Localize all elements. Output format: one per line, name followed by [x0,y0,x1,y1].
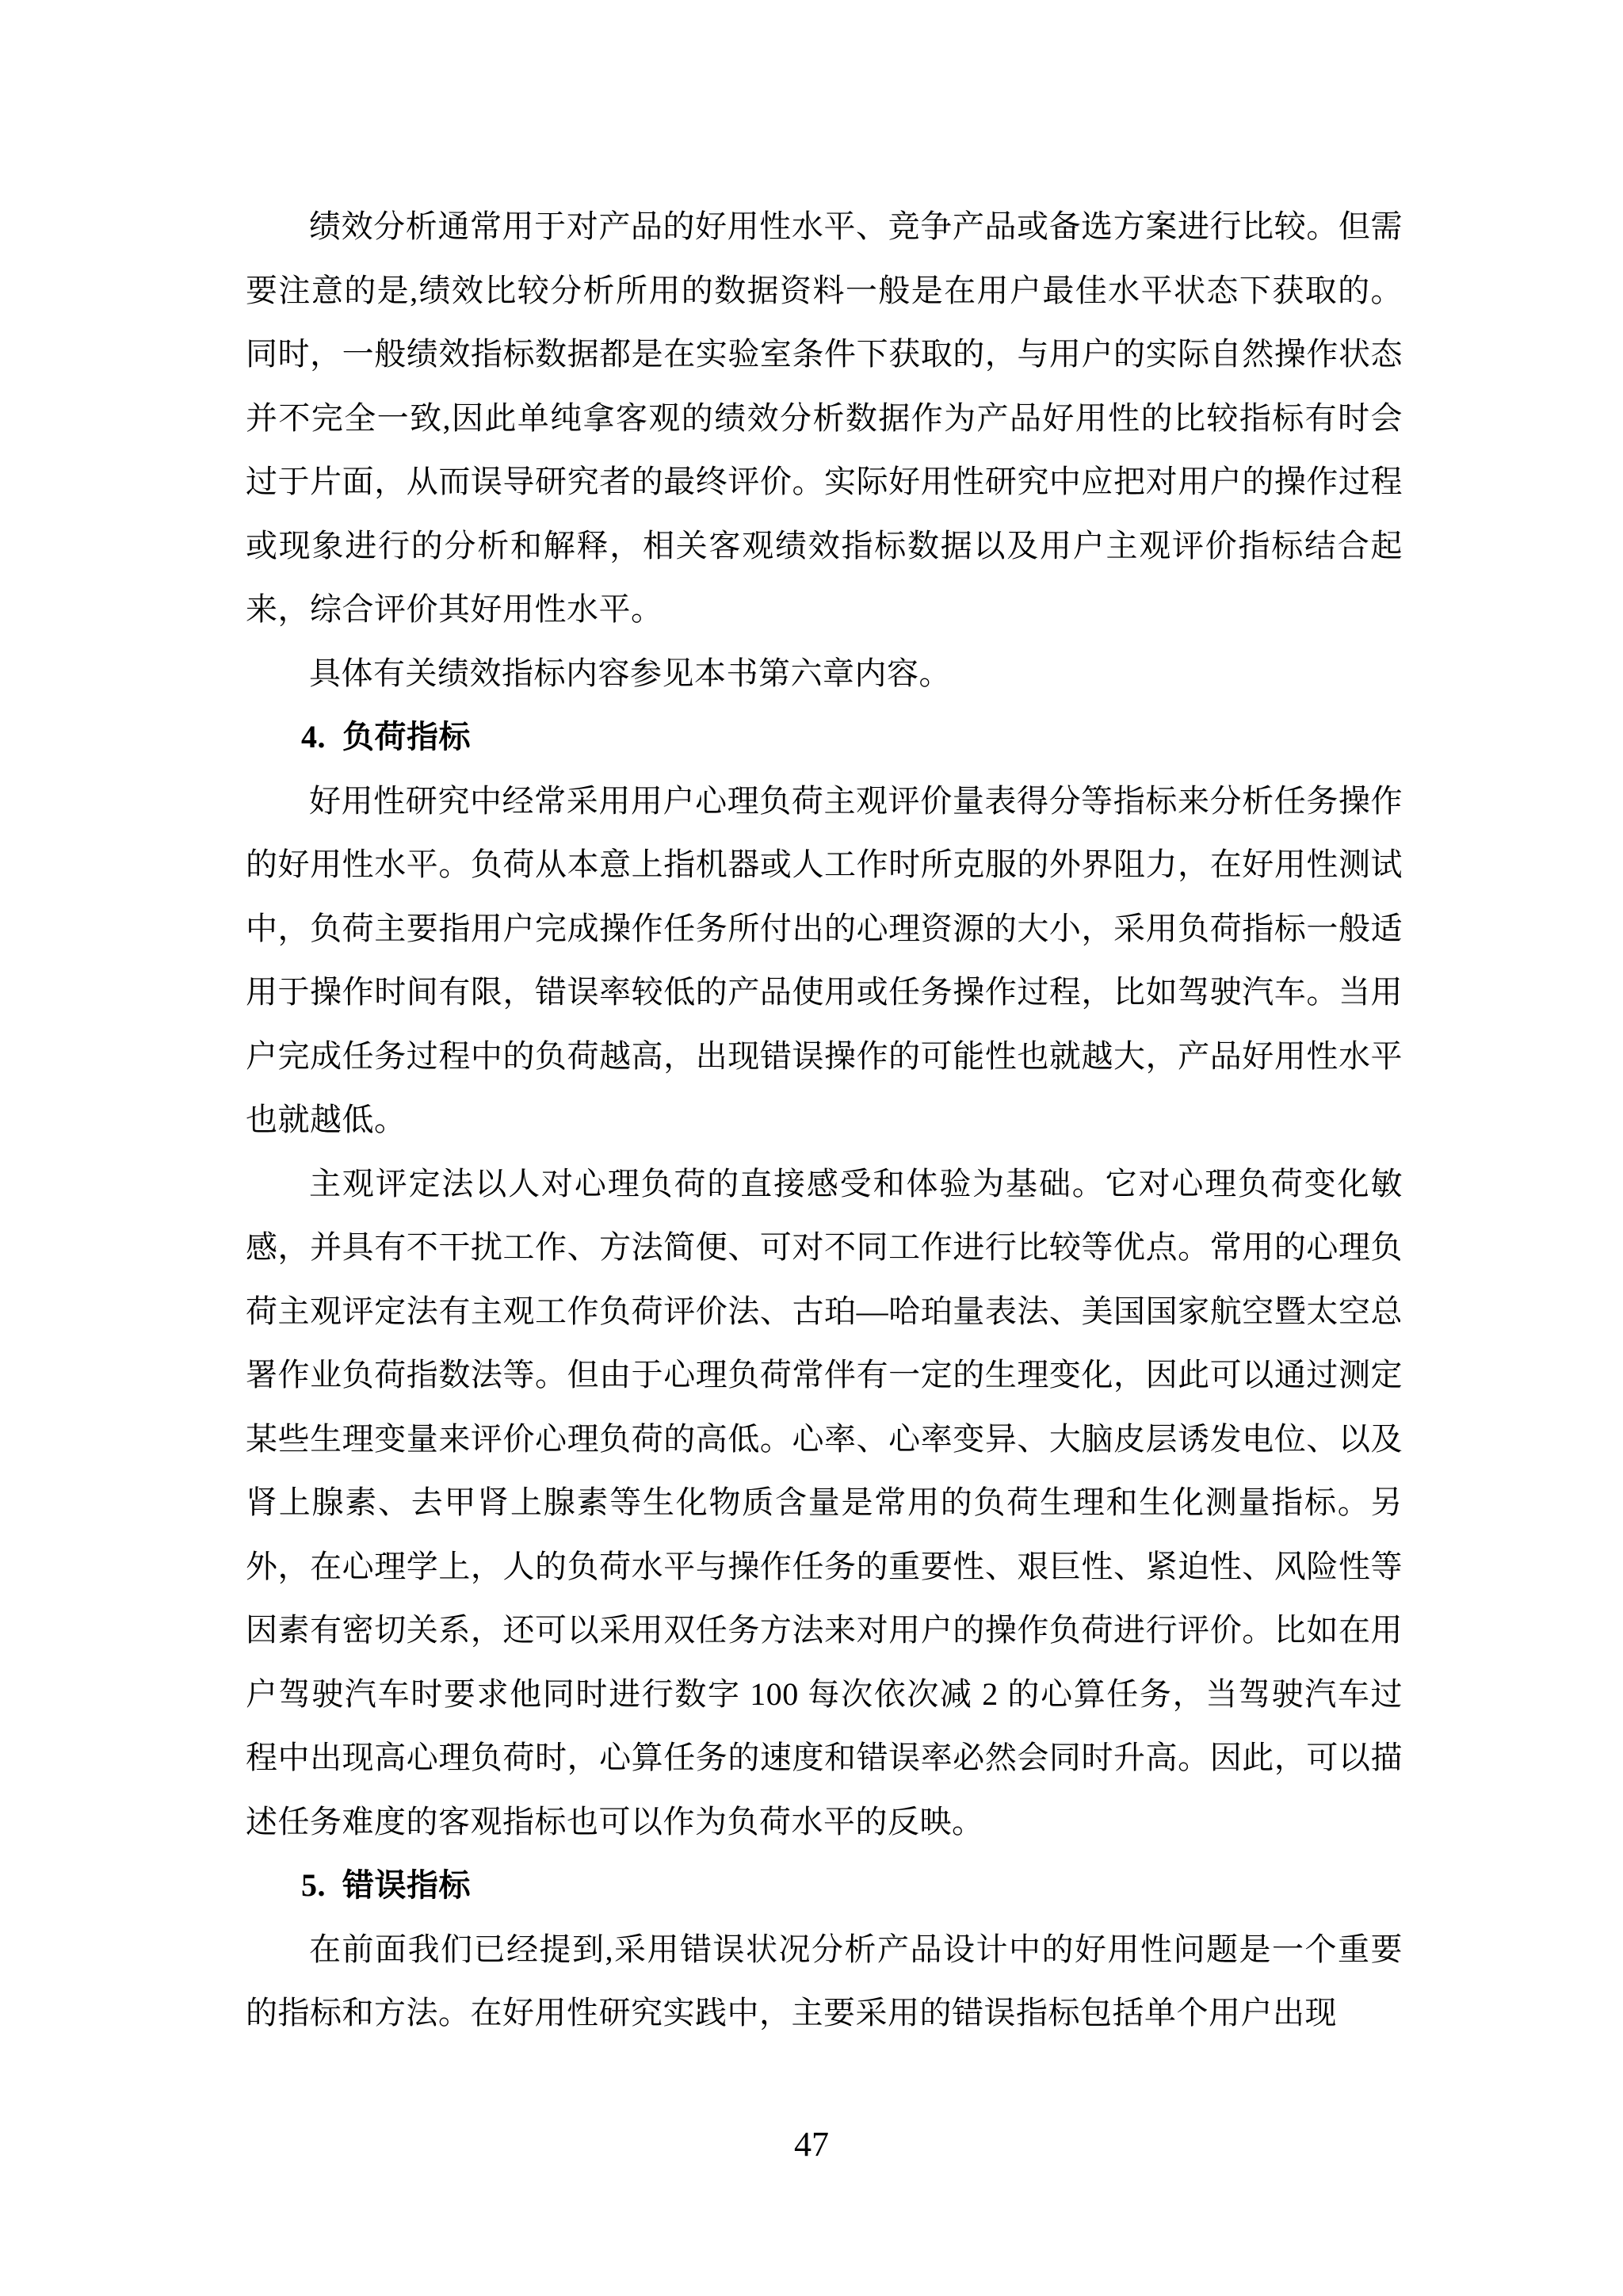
page-number: 47 [0,2126,1623,2164]
paragraph-subjective-rating-methods: 主观评定法以人对心理负荷的直接感受和体验为基础。它对心理负荷变化敏感，并具有不干… [246,1152,1403,1855]
section-heading-4-workload-metrics: 4. 负荷指标 [246,705,1403,770]
text-content: 绩效分析通常用于对产品的好用性水平、竞争产品或备选方案进行比较。但需要注意的是,… [246,195,1403,2046]
document-page: 绩效分析通常用于对产品的好用性水平、竞争产品或备选方案进行比较。但需要注意的是,… [0,0,1623,2296]
paragraph-workload-intro: 好用性研究中经常采用用户心理负荷主观评价量表得分等指标来分析任务操作的好用性水平… [246,770,1403,1152]
paragraph-see-chapter-six: 具体有关绩效指标内容参见本书第六章内容。 [246,642,1403,706]
paragraph-error-metrics-intro: 在前面我们已经提到,采用错误状况分析产品设计中的好用性问题是一个重要的指标和方法… [246,1918,1403,2046]
section-heading-5-error-metrics: 5. 错误指标 [246,1854,1403,1918]
paragraph-performance-analysis: 绩效分析通常用于对产品的好用性水平、竞争产品或备选方案进行比较。但需要注意的是,… [246,195,1403,642]
